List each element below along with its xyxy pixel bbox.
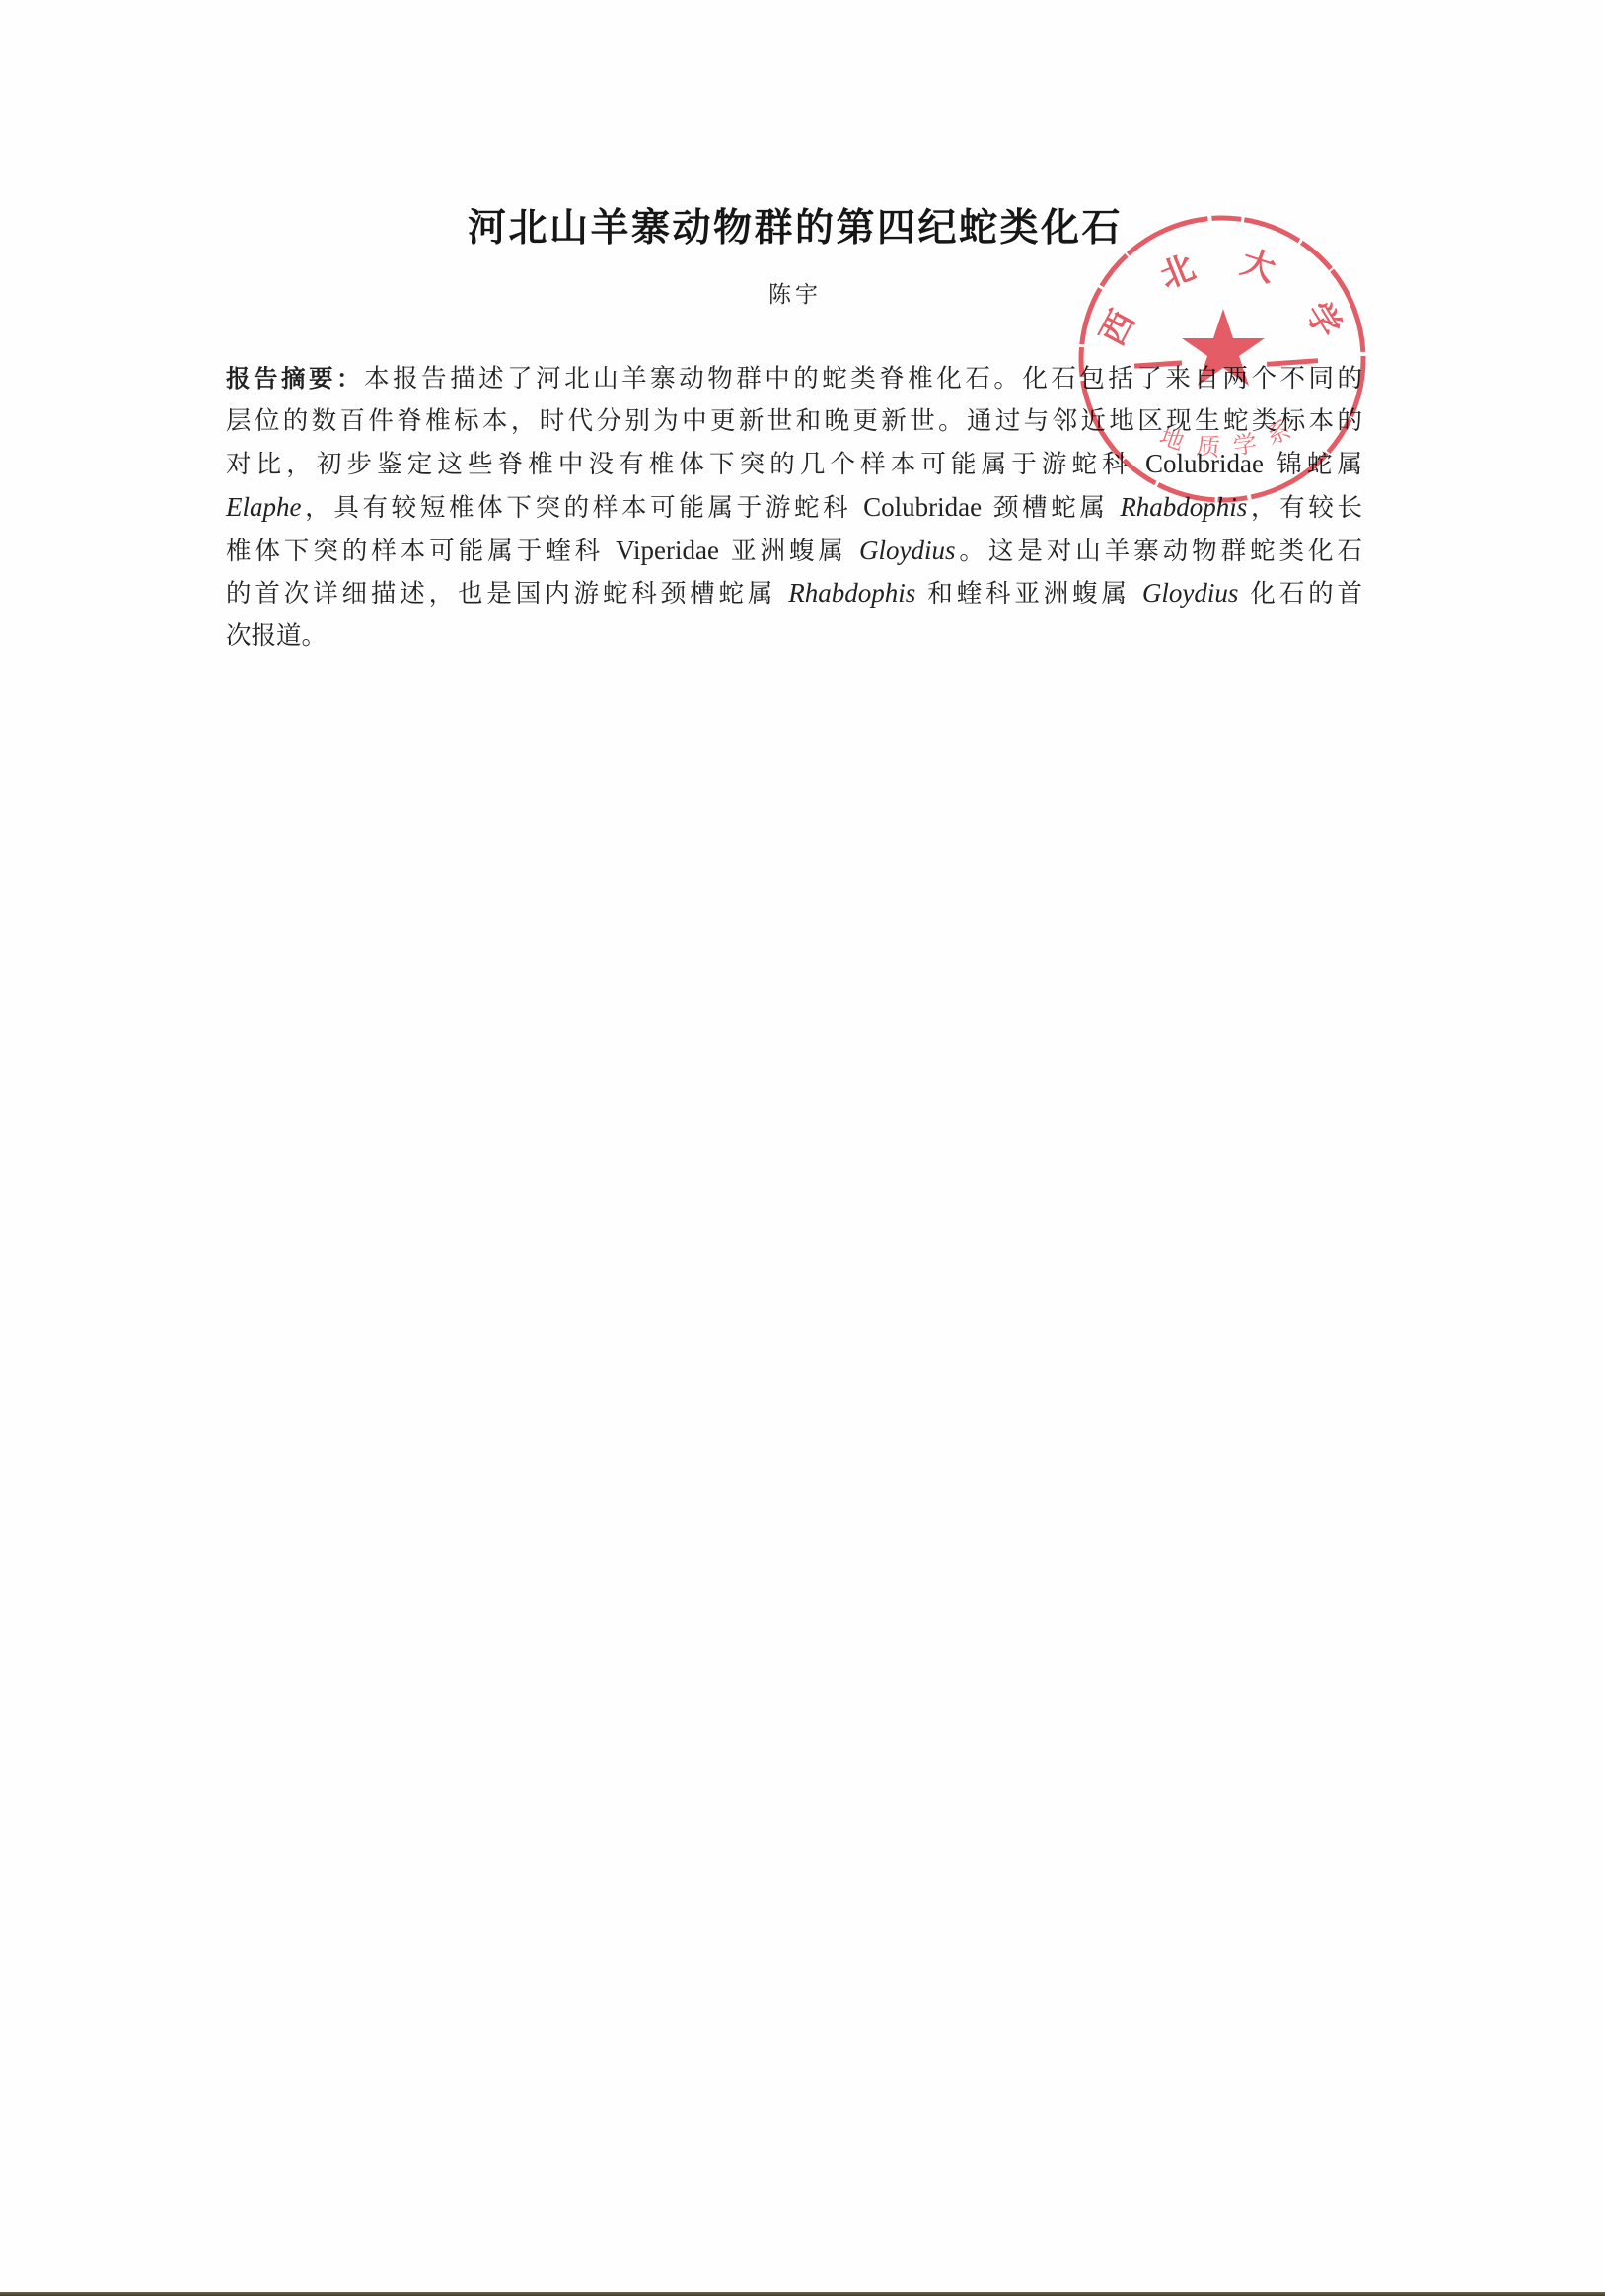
abstract-text: ，具有较短椎体下突的样本可能属于游蛇科 [301, 493, 863, 523]
abstract-block: 报告摘要：本报告描述了河北山羊寨动物群中的蛇类脊椎化石。化石包括了来自两个不同的… [226, 357, 1362, 659]
genus-name: Rhabdophis [788, 578, 915, 608]
abstract-line: 层位的数百件脊椎标本，时代分别为中更新世和晚更新世。通过与邻近地区现生蛇类标本的 [226, 400, 1362, 444]
abstract-text: 和蝰科亚洲蝮属 [915, 579, 1142, 609]
abstract-line: 报告摘要：本报告描述了河北山羊寨动物群中的蛇类脊椎化石。化石包括了来自两个不同的 [226, 357, 1362, 400]
abstract-text: 亚洲蝮属 [719, 537, 859, 566]
abstract-line: 的首次详细描述，也是国内游蛇科颈槽蛇属 Rhabdophis 和蝰科亚洲蝮属 G… [226, 572, 1362, 615]
abstract-text: 。这是对山羊寨动物群蛇类化石 [955, 537, 1362, 566]
abstract-text: 颈槽蛇属 [982, 493, 1120, 523]
abstract-text: 椎体下突的样本可能属于蝰科 [226, 537, 616, 566]
abstract-text: 锦蛇属 [1264, 450, 1362, 479]
genus-name: Rhabdophis [1120, 492, 1247, 522]
document-page: 河北山羊寨动物群的第四纪蛇类化石 陈宇 报告摘要：本报告描述了河北山羊寨动物群中… [0, 0, 1605, 2296]
abstract-text: 对比，初步鉴定这些脊椎中没有椎体下突的几个样本可能属于游蛇科 [226, 450, 1145, 479]
abstract-line: 椎体下突的样本可能属于蝰科 Viperidae 亚洲蝮属 Gloydius。这是… [226, 530, 1362, 573]
abstract-text: ，有较长 [1247, 493, 1362, 523]
abstract-line: 次报道。 [226, 615, 1362, 659]
abstract-text: 本报告描述了河北山羊寨动物群中的蛇类脊椎化石。化石包括了来自两个不同的 [364, 364, 1362, 394]
abstract-line: Elaphe，具有较短椎体下突的样本可能属于游蛇科 Colubridae 颈槽蛇… [226, 486, 1362, 530]
scan-bottom-edge [0, 2292, 1605, 2296]
author-name: 陈宇 [0, 278, 1590, 312]
abstract-text: 次报道。 [226, 621, 327, 651]
abstract-text: 层位的数百件脊椎标本，时代分别为中更新世和晚更新世。通过与邻近地区现生蛇类标本的 [226, 406, 1362, 436]
abstract-text: Colubridae [1145, 449, 1264, 478]
abstract-line: 对比，初步鉴定这些脊椎中没有椎体下突的几个样本可能属于游蛇科 Colubrida… [226, 443, 1362, 486]
abstract-text: Viperidae [616, 536, 719, 565]
genus-name: Gloydius [1142, 578, 1239, 608]
abstract-text: Colubridae [863, 492, 982, 522]
abstract-text: 的首次详细描述，也是国内游蛇科颈槽蛇属 [226, 579, 788, 609]
abstract-text: 化石的首 [1238, 579, 1362, 609]
genus-name: Gloydius [859, 536, 956, 565]
abstract-label: 报告摘要： [226, 364, 364, 393]
document-title: 河北山羊寨动物群的第四纪蛇类化石 [0, 203, 1590, 254]
genus-name: Elaphe [226, 492, 301, 522]
